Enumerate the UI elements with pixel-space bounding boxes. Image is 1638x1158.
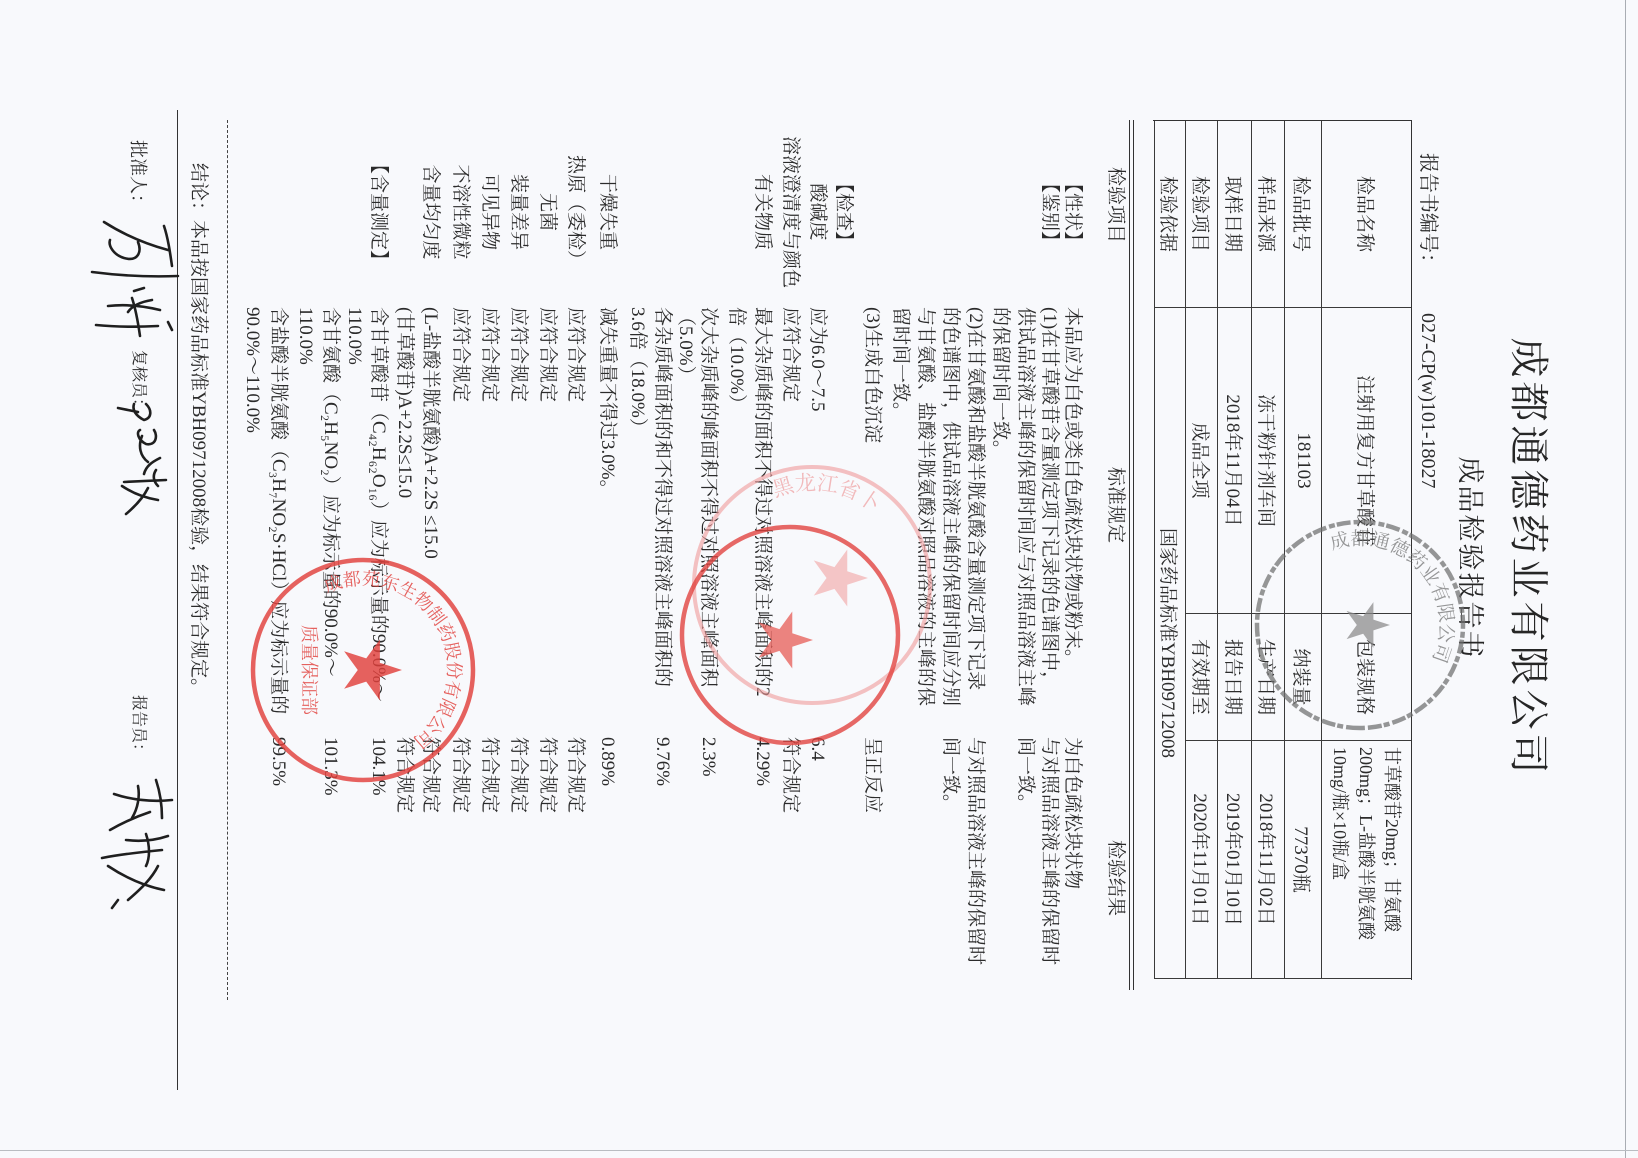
result-line: 有关物质 最大杂质峰的面积不得过对照溶液主峰面积的2 4.29% (750, 0, 774, 1158)
result-value: 与对照品溶液主峰的保留时 (1037, 737, 1061, 965)
package-spec-line: 甘草酸苷20mg；甘氨酸 (1380, 747, 1406, 932)
test-item: 干燥失重 (595, 112, 619, 312)
standard-text: 最大杂质峰的面积不得过对照溶液主峰面积的2 (750, 307, 774, 697)
result-value: 符合规定 (477, 737, 501, 813)
cell-sample-source: 冻干粉针剂车间 (1251, 308, 1284, 614)
column-header-item: 检验项目 (1103, 105, 1127, 305)
result-line: 装量差异 应符合规定 符合规定 (506, 0, 530, 1158)
standard-text: 次大杂质峰的峰面积不得过对照溶液主峰面积 (696, 307, 720, 687)
result-line: 含甘氨酸（C₂H₅NO₂）应为标示量的90.0%～ 101.3% (318, 0, 342, 1158)
cell-report-date: 2019年01月10日 (1217, 741, 1251, 979)
result-line: 各杂质峰面积的和不得过对照溶液主峰面积的 9.76% (650, 0, 674, 1158)
test-item: 装量差异 (506, 112, 530, 312)
solid-separator (177, 110, 178, 1090)
scanned-page-viewport: 成都通德药业有限公司 成品检验报告书 报告书编号： 027-CP(w)101-1… (0, 0, 1638, 1158)
standard-text: 110.0% (293, 307, 317, 365)
result-value: 间一致。 (1013, 737, 1037, 813)
result-line: 酸碱度 应为6.0～7.5 6.4 (805, 0, 829, 1158)
cell-test-basis-label: 检验依据 (1154, 121, 1185, 308)
result-value: 4.29% (750, 737, 774, 786)
result-line: 不溶性微粒 应符合规定 符合规定 (448, 0, 472, 1158)
result-value: 符合规定 (418, 737, 442, 813)
result-value: 0.89% (595, 737, 619, 786)
result-value: 间一致。 (938, 737, 962, 813)
result-value: 与对照品溶液主峰的保留时 (963, 737, 987, 965)
standard-text: (3)生成白色沉淀 (860, 307, 884, 443)
cell-sample-source-label: 样品来源 (1251, 121, 1284, 308)
approver-label: 批准人： (126, 140, 150, 212)
standard-text: 减失重量不得过3.0%。 (595, 307, 619, 499)
column-header-standard: 标准规定 (1103, 405, 1127, 605)
standard-text: (1)在甘草酸苷含量测定项下记录的色谱图中， (1037, 307, 1061, 690)
standard-text: 应符合规定 (448, 307, 472, 402)
reviewer-label: 复核员： (126, 350, 150, 414)
result-line: 留时间一致。 (888, 0, 912, 1158)
standard-text: 倍（10.0%） (724, 307, 748, 413)
cell-production-date: 2018年11月02日 (1251, 741, 1284, 979)
cell-quantity-label: 纳装量 (1284, 614, 1321, 741)
test-item: 热原（委检） (563, 112, 587, 312)
standard-text: 留时间一致。 (888, 307, 912, 421)
test-item: 含量均匀度 (418, 112, 442, 312)
result-line: 溶液澄清度与颜色 应符合规定 符合规定 (778, 0, 802, 1158)
result-value: 99.5% (266, 737, 290, 786)
cell-production-date-label: 生产日期 (1251, 614, 1284, 741)
standard-text: 的保留时间一致。 (988, 307, 1012, 459)
standard-text: (L-盐酸半胱氨酸)A+2.2S ≤15.0 (418, 307, 442, 559)
result-line: 【含量测定】 含甘草酸苷（C₄₂H₆₂O₁₆）应为标示量的90.0%～ 104.… (366, 0, 390, 1158)
standard-text: (2)在甘氨酸和盐酸半胱氨酸含量测定项下记录 (963, 307, 987, 690)
cell-product-name-label: 检品名称 (1321, 121, 1411, 308)
scan-edge-line (1625, 0, 1626, 1158)
test-item: 酸碱度 (805, 112, 829, 312)
cell-batch-no-label: 检品批号 (1284, 121, 1321, 308)
cell-sampling-date-label: 取样日期 (1217, 121, 1251, 308)
standard-text: 含甘氨酸（C₂H₅NO₂）应为标示量的90.0%～ (318, 307, 342, 677)
cell-test-basis: 国家药品标准YBH09712008 (1154, 308, 1185, 979)
reviewer-signature (118, 404, 166, 514)
standard-text: 应符合规定 (506, 307, 530, 402)
product-info-table: 检品名称 注射用复方甘草酸苷 包装规格 甘草酸苷20mg；甘氨酸 200mg；L… (1153, 120, 1412, 980)
result-value: 符合规定 (392, 737, 416, 813)
result-value: 呈正反应 (860, 737, 884, 813)
result-value: 6.4 (805, 737, 829, 761)
standard-text: 与甘氨酸、盐酸半胱氨酸对照品溶液的主峰的保 (913, 307, 937, 706)
result-line: 可见异物 应符合规定 符合规定 (477, 0, 501, 1158)
result-line: 与甘氨酸、盐酸半胱氨酸对照品溶液的主峰的保 (913, 0, 937, 1158)
test-item: 溶液澄清度与颜色 (778, 112, 802, 312)
result-line: 的保留时间一致。 (988, 0, 1012, 1158)
standard-text: 应符合规定 (563, 307, 587, 402)
result-line: 无菌 应符合规定 符合规定 (535, 0, 559, 1158)
standard-text: 应符合规定 (535, 307, 559, 402)
column-header-result: 检验结果 (1103, 778, 1127, 978)
inspection-report-page: 成都通德药业有限公司 成品检验报告书 报告书编号： 027-CP(w)101-1… (0, 0, 1638, 1158)
package-spec-line: 10mg/瓶×10瓶/盒 (1328, 747, 1354, 880)
cell-product-name: 注射用复方甘草酸苷 (1321, 308, 1411, 614)
standard-text: 的色谱图中，供试品溶液主峰的保留时间应分别 (938, 307, 962, 706)
report-number-label: 报告书编号： (1415, 153, 1441, 273)
report-title: 成品检验报告书 (1453, 440, 1487, 676)
cell-quantity: 77370瓶 (1284, 741, 1321, 979)
standard-text: (甘草酸苷)A+2.2S≤15.0 (392, 307, 416, 498)
cell-sampling-date: 2018年11月04日 (1217, 308, 1251, 614)
cell-test-items: 成品全项 (1185, 308, 1217, 614)
standard-text: 90.0%～110.0% (240, 307, 264, 433)
standard-text: 应符合规定 (477, 307, 501, 402)
dashed-separator (227, 120, 228, 1000)
package-spec-line: 200mg；L-盐酸半胱氨酸 (1354, 747, 1380, 940)
result-line: 110.0% (293, 0, 317, 1158)
result-value: 2.3% (696, 737, 720, 777)
test-item: 有关物质 (750, 112, 774, 312)
result-line: 3.6倍（18.0%） (625, 0, 649, 1158)
result-line: (2)在甘氨酸和盐酸半胱氨酸含量测定项下记录 与对照品溶液主峰的保留时 (963, 0, 987, 1158)
test-item: 可见异物 (477, 112, 501, 312)
section-heading: 【检查】 (831, 112, 855, 312)
result-line: 供试品溶液主峰的保留时间应与对照品溶液主峰 间一致。 (1013, 0, 1037, 1158)
result-line: 的色谱图中，供试品溶液主峰的保留时间应分别 间一致。 (938, 0, 962, 1158)
standard-text: 应为6.0～7.5 (805, 307, 829, 412)
result-line: （5.0%） (673, 0, 697, 1158)
test-item: 【性状】 (1060, 112, 1084, 312)
result-value: 符合规定 (563, 737, 587, 813)
result-line: 干燥失重 减失重量不得过3.0%。 0.89% (595, 0, 619, 1158)
result-line: (甘草酸苷)A+2.2S≤15.0 符合规定 (392, 0, 416, 1158)
result-line: 90.0%～110.0% (240, 0, 264, 1158)
header-double-rule (1129, 120, 1134, 990)
result-line: 含盐酸半胱氨酸（C₃H₇NO₂S·HCl）应为标示量的 99.5% (266, 0, 290, 1158)
approver-signature (92, 222, 178, 336)
company-name: 成都通德药业有限公司 (1503, 330, 1553, 785)
test-item: 无菌 (535, 112, 559, 312)
cell-batch-no: 181103 (1284, 308, 1321, 614)
result-line: 倍（10.0%） (724, 0, 748, 1158)
result-line: 【性状】 本品应为白色或类白色疏松块状物或粉末。 为白色疏松块状物 (1060, 0, 1084, 1158)
cell-test-items-label: 检验项目 (1185, 121, 1217, 308)
result-value: 为白色疏松块状物 (1060, 737, 1084, 889)
standard-text: 各杂质峰面积的和不得过对照溶液主峰面积的 (650, 307, 674, 687)
result-line: 【检查】 (831, 0, 855, 1158)
cell-expiry-date: 2020年11月01日 (1185, 741, 1217, 979)
standard-text: 3.6倍（18.0%） (625, 307, 649, 437)
cell-report-date-label: 报告日期 (1217, 614, 1251, 741)
standard-text: 本品应为白色或类白色疏松块状物或粉末。 (1060, 307, 1084, 668)
conclusion-text: 结论：本品按国家药品标准YBH09712008检验，结果符合规定。 (186, 163, 210, 697)
reporter-label: 报告员： (126, 695, 150, 759)
result-line: 次大杂质峰的峰面积不得过对照溶液主峰面积 2.3% (696, 0, 720, 1158)
result-line: 热原（委检） 应符合规定 符合规定 (563, 0, 587, 1158)
result-line: (3)生成白色沉淀 呈正反应 (860, 0, 884, 1158)
cell-package-spec: 甘草酸苷20mg；甘氨酸 200mg；L-盐酸半胱氨酸 10mg/瓶×10瓶/盒 (1321, 741, 1411, 979)
report-number-value: 027-CP(w)101-18027 (1415, 313, 1441, 489)
test-item: 不溶性微粒 (448, 112, 472, 312)
result-line: 含量均匀度 (L-盐酸半胱氨酸)A+2.2S ≤15.0 符合规定 (418, 0, 442, 1158)
section-heading: 【含量测定】 (366, 112, 390, 312)
result-value: 符合规定 (778, 737, 802, 813)
result-line: 【鉴别】 (1)在甘草酸苷含量测定项下记录的色谱图中， 与对照品溶液主峰的保留时 (1037, 0, 1061, 1158)
reporter-signature (102, 780, 172, 908)
result-value: 符合规定 (506, 737, 530, 813)
standard-text: 供试品溶液主峰的保留时间应与对照品溶液主峰 (1013, 307, 1037, 706)
result-value: 符合规定 (535, 737, 559, 813)
cell-package-spec-label: 包装规格 (1321, 614, 1411, 741)
result-value: 104.1% (366, 737, 390, 796)
standard-text: 含盐酸半胱氨酸（C₃H₇NO₂S·HCl）应为标示量的 (266, 307, 290, 714)
standard-text: （5.0%） (673, 307, 697, 385)
cell-expiry-label: 有效期至 (1185, 614, 1217, 741)
standard-text: 含甘草酸苷（C₄₂H₆₂O₁₆）应为标示量的90.0%～ (366, 307, 390, 702)
result-value: 101.3% (318, 737, 342, 796)
result-value: 9.76% (650, 737, 674, 786)
result-value: 符合规定 (448, 737, 472, 813)
test-item: 【鉴别】 (1037, 112, 1061, 312)
standard-text: 110.0% (342, 307, 366, 365)
result-line: 110.0% (342, 0, 366, 1158)
standard-text: 应符合规定 (778, 307, 802, 402)
